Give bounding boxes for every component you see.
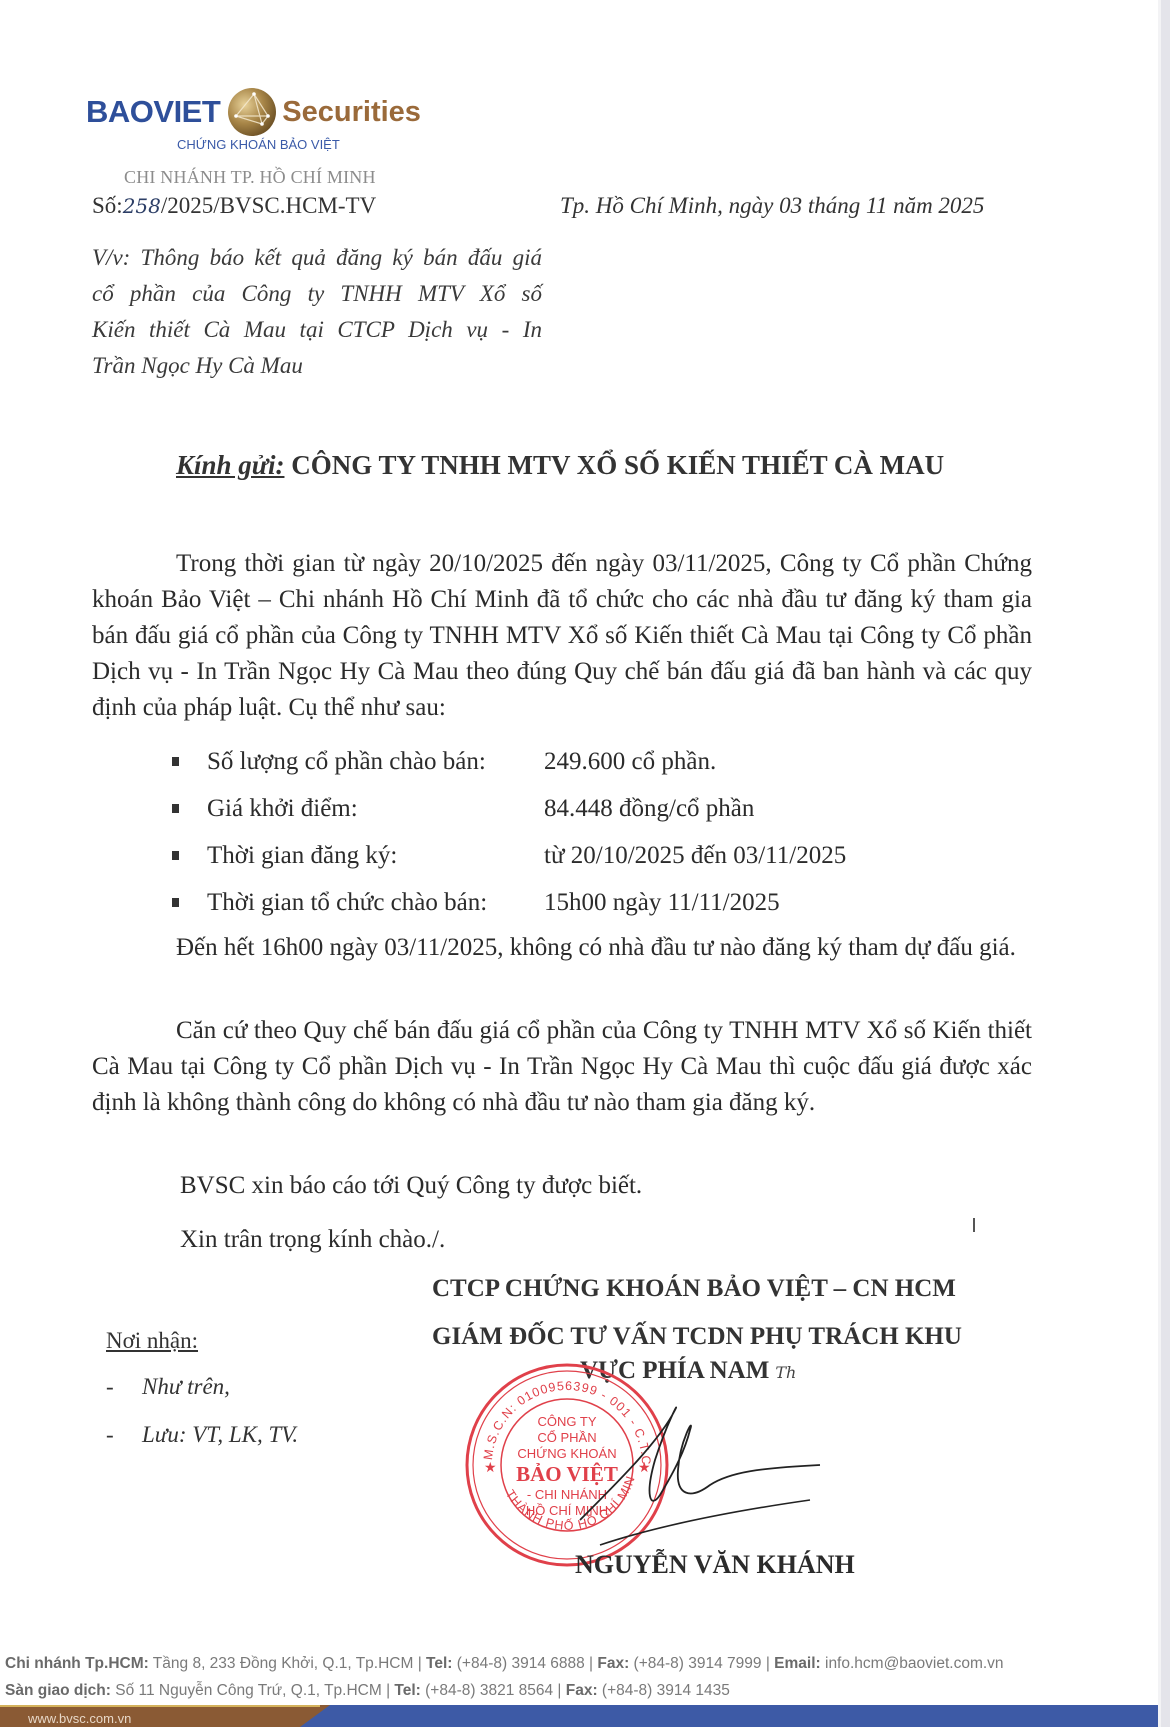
globe-icon: [226, 86, 278, 138]
recipient: Kính gửi: CÔNG TY TNHH MTV XỔ SỐ KIẾN TH…: [176, 450, 944, 481]
cc-list: - Như trên, - Lưu: VT, LK, TV.: [106, 1374, 298, 1470]
footer-phone: (+84-8) 3914 6888 |: [452, 1655, 597, 1672]
dash-icon: -: [106, 1422, 142, 1470]
cc-item-text: Như trên,: [142, 1374, 230, 1422]
footer-band: www.bvsc.com.vn: [0, 1705, 1158, 1727]
detail-label: Giá khởi điểm:: [207, 795, 544, 823]
closing: Xin trân trọng kính chào./.: [180, 1222, 1120, 1258]
detail-item: Thời gian tổ chức chào bán: 15h00 ngày 1…: [172, 879, 846, 926]
bullet-icon: [172, 851, 179, 860]
footer-line-2: Sàn giao dịch: Số 11 Nguyễn Công Trứ, Q.…: [5, 1677, 1004, 1704]
detail-value: 84.448 đồng/cổ phần: [544, 795, 754, 823]
signer-name: NGUYỄN VĂN KHÁNH: [575, 1550, 855, 1580]
subject-line: Trần Ngọc Hy Cà Mau: [92, 348, 542, 384]
company-logo: BAOVIET Securities: [86, 90, 421, 134]
doc-number-prefix: Số:: [92, 193, 123, 218]
footer-fax: (+84-8) 3914 1435: [598, 1682, 730, 1699]
bullet-icon: [172, 757, 179, 766]
detail-value: 249.600 cổ phần.: [544, 748, 716, 776]
subject: V/v: Thông báo kết quả đăng ký bán đấu g…: [92, 240, 542, 384]
recipient-name: CÔNG TY TNHH MTV XỔ SỐ KIẾN THIẾT CÀ MAU: [284, 450, 944, 480]
body-paragraph-4: BVSC xin báo cáo tới Quý Công ty được bi…: [180, 1168, 1120, 1204]
cc-item-text: Lưu: VT, LK, TV.: [142, 1422, 298, 1470]
footer-label: Chi nhánh Tp.HCM:: [5, 1655, 149, 1672]
subject-line: Kiến thiết Cà Mau tại CTCP Dịch vụ - In: [92, 312, 542, 348]
footer-label: Tel:: [426, 1655, 452, 1672]
footer-label: Email:: [774, 1655, 821, 1672]
footer-fax: (+84-8) 3914 7999 |: [629, 1655, 774, 1672]
initials: Th: [775, 1363, 796, 1382]
svg-text:★: ★: [484, 1459, 497, 1475]
cc-title: Nơi nhận:: [106, 1328, 198, 1354]
detail-list: Số lượng cổ phần chào bán: 249.600 cổ ph…: [172, 738, 846, 926]
handwritten-signature: [560, 1400, 860, 1550]
footer-address: Số 11 Nguyễn Công Trứ, Q.1, Tp.HCM |: [111, 1682, 394, 1699]
footer-band-blue: [300, 1705, 1158, 1727]
scan-mark: [973, 1218, 975, 1232]
footer-contact: Chi nhánh Tp.HCM: Tầng 8, 233 Đồng Khởi,…: [5, 1650, 1004, 1704]
detail-item: Giá khởi điểm: 84.448 đồng/cổ phần: [172, 785, 846, 832]
signature-title: GIÁM ĐỐC TƯ VẤN TCDN PHỤ TRÁCH KHU: [432, 1323, 1032, 1351]
cc-item: - Lưu: VT, LK, TV.: [106, 1422, 298, 1470]
bullet-icon: [172, 804, 179, 813]
footer-label: Fax:: [597, 1655, 629, 1672]
detail-item: Thời gian đăng ký: từ 20/10/2025 đến 03/…: [172, 832, 846, 879]
page-edge: [1158, 0, 1170, 1727]
subject-line: V/v: Thông báo kết quả đăng ký bán đấu g…: [92, 240, 542, 276]
subject-line: cổ phần của Công ty TNHH MTV Xổ số: [92, 276, 542, 312]
footer-label: Tel:: [394, 1682, 420, 1699]
footer-band-accent: [0, 1705, 320, 1707]
detail-item: Số lượng cổ phần chào bán: 249.600 cổ ph…: [172, 738, 846, 785]
body-paragraph-2: Đến hết 16h00 ngày 03/11/2025, không có …: [92, 930, 1032, 966]
detail-label: Số lượng cổ phần chào bán:: [207, 748, 544, 776]
cc-item: - Như trên,: [106, 1374, 298, 1422]
footer-address: Tầng 8, 233 Đồng Khởi, Q.1, Tp.HCM |: [149, 1655, 426, 1672]
body-paragraph-1: Trong thời gian từ ngày 20/10/2025 đến n…: [92, 546, 1032, 726]
body-paragraph-3: Căn cứ theo Quy chế bán đấu giá cổ phần …: [92, 1013, 1032, 1121]
recipient-label: Kính gửi:: [176, 450, 284, 480]
detail-value: từ 20/10/2025 đến 03/11/2025: [544, 842, 846, 870]
footer-email: info.hcm@baoviet.com.vn: [821, 1655, 1004, 1672]
logo-subtitle: CHỨNG KHOÁN BẢO VIỆT: [177, 137, 340, 152]
dateline: Tp. Hồ Chí Minh, ngày 03 tháng 11 năm 20…: [560, 193, 984, 219]
footer-phone: (+84-8) 3821 8564 |: [421, 1682, 566, 1699]
doc-number-suffix: /2025/BVSC.HCM-TV: [161, 193, 376, 218]
detail-label: Thời gian đăng ký:: [207, 842, 544, 870]
logo-product: Securities: [282, 96, 421, 129]
doc-number-handwritten: 258: [123, 194, 161, 218]
logo-brand: BAOVIET: [86, 94, 220, 130]
footer-label: Fax:: [566, 1682, 598, 1699]
detail-label: Thời gian tổ chức chào bán:: [207, 889, 544, 917]
signature-org: CTCP CHỨNG KHOÁN BẢO VIỆT – CN HCM: [432, 1275, 1032, 1303]
branch-name: CHI NHÁNH TP. HỒ CHÍ MINH: [124, 167, 376, 188]
detail-value: 15h00 ngày 11/11/2025: [544, 889, 780, 917]
document-number: Số:258/2025/BVSC.HCM-TV: [92, 193, 376, 219]
website-link: www.bvsc.com.vn: [28, 1711, 131, 1726]
footer-line-1: Chi nhánh Tp.HCM: Tầng 8, 233 Đồng Khởi,…: [5, 1650, 1004, 1677]
footer-label: Sàn giao dịch:: [5, 1682, 111, 1699]
bullet-icon: [172, 898, 179, 907]
dash-icon: -: [106, 1374, 142, 1422]
